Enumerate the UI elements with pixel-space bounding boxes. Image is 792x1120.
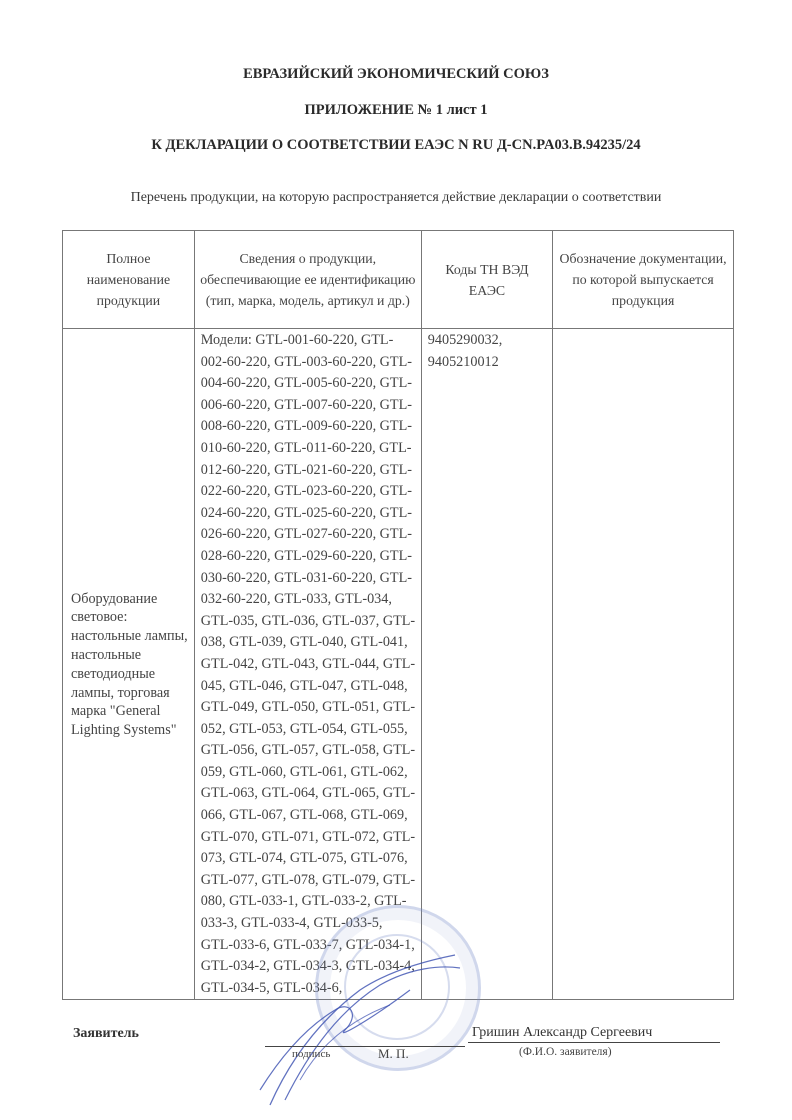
signature-line [265,1046,465,1047]
name-line [468,1042,720,1043]
stamp-caption: М. П. [378,1046,409,1062]
applicant-name: Гришин Александр Сергеевич [472,1025,652,1041]
column-header-product-name: Полное наименование продукции [63,231,195,329]
column-header-documentation: Обозначение документации, по которой вып… [553,231,734,329]
models-list: Модели: GTL-001-60-220, GTL-002-60-220, … [201,330,417,999]
name-caption: (Ф.И.О. заявителя) [519,1046,612,1058]
column-header-product-info: Сведения о продукции, обеспечивающие ее … [194,231,421,329]
product-table: Полное наименование продукции Сведения о… [62,230,734,1000]
table-row: Оборудование световое: настольные лампы,… [63,329,734,1000]
union-title: ЕВРАЗИЙСКИЙ ЭКОНОМИЧЕСКИЙ СОЮЗ [0,66,792,83]
signature-caption: подпись [292,1048,330,1060]
stamp-inner-ring [344,934,450,1040]
declaration-title: К ДЕКЛАРАЦИИ О СООТВЕТСТВИИ ЕАЭС N RU Д-… [0,137,792,154]
column-header-hs-codes: Коды ТН ВЭД ЕАЭС [421,231,552,329]
documentation-cell [553,329,734,1000]
intro-text: Перечень продукции, на которую распростр… [0,190,792,206]
product-name-cell: Оборудование световое: настольные лампы,… [63,329,195,1000]
hs-codes-cell: 9405290032, 9405210012 [421,329,552,1000]
appendix-title: ПРИЛОЖЕНИЕ № 1 лист 1 [0,102,792,119]
table-header-row: Полное наименование продукции Сведения о… [63,231,734,329]
applicant-label: Заявитель [73,1026,139,1042]
product-models-cell: Модели: GTL-001-60-220, GTL-002-60-220, … [194,329,421,1000]
